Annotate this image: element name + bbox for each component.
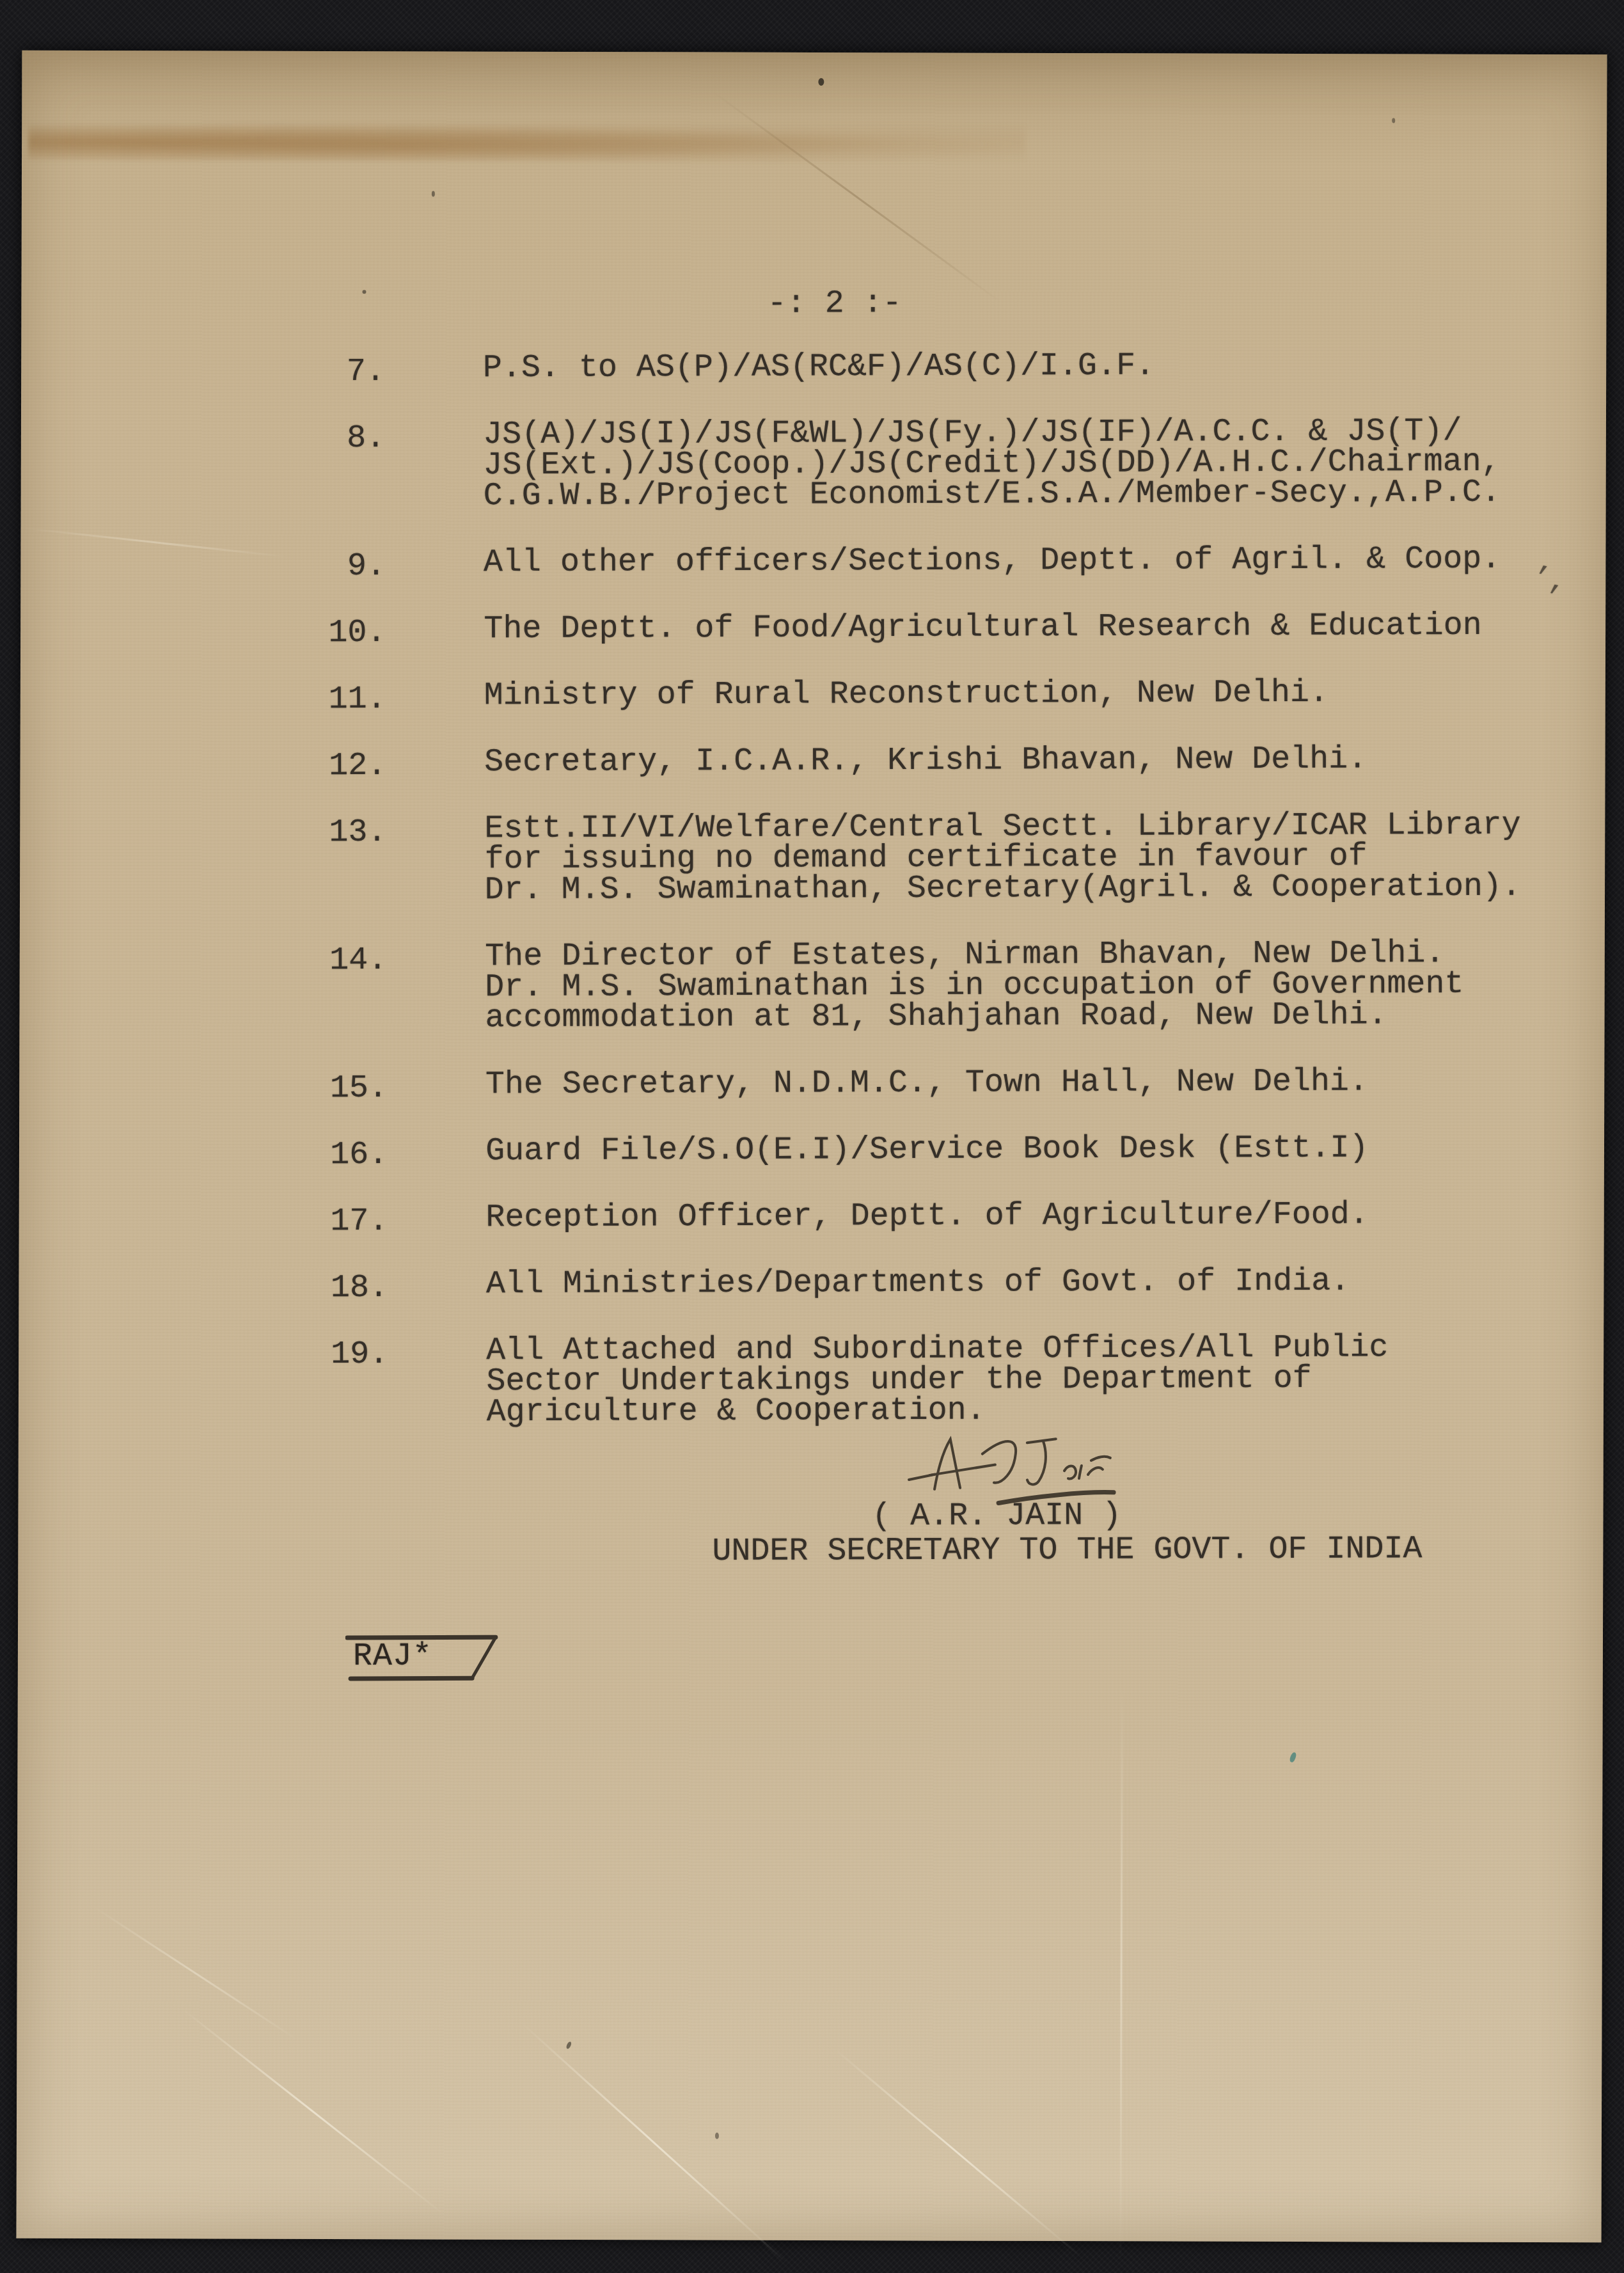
list-item-number: 17.: [22, 1203, 388, 1241]
list-item-text: The Director of Estates, Nirman Bhavan, …: [485, 938, 1575, 1034]
list-item: 9. All other officers/Sections, Deptt. o…: [20, 544, 1574, 580]
list-item-text: All other officers/Sections, Deptt. of A…: [484, 544, 1574, 578]
list-item-line: Reception Officer, Deptt. of Agriculture…: [485, 1199, 1576, 1233]
signatory-title: UNDER SECRETARY TO THE GOVT. OF INDIA: [712, 1531, 1422, 1570]
list-item-text: All Ministries/Departments of Govt. of I…: [486, 1265, 1577, 1300]
list-item-number: 9.: [20, 548, 386, 586]
list-item-number: 12.: [20, 748, 386, 786]
list-item: 10. The Deptt. of Food/Agricultural Rese…: [20, 610, 1574, 646]
distribution-list: 7. P.S. to AS(P)/AS(RC&F)/AS(C)/I.G.F. 8…: [19, 349, 1577, 1465]
list-item-line: All other officers/Sections, Deptt. of A…: [484, 544, 1574, 578]
list-item-line: The Deptt. of Food/Agricultural Research…: [484, 610, 1574, 645]
list-item-number: 11.: [20, 681, 386, 719]
list-item: 15. The Secretary, N.D.M.C., Town Hall, …: [22, 1066, 1576, 1102]
list-item-text: Ministry of Rural Reconstruction, New De…: [484, 677, 1575, 711]
document-page: -: 2 :- 7. P.S. to AS(P)/AS(RC&F)/AS(C)/…: [17, 51, 1607, 2242]
list-item: 17. Reception Officer, Deptt. of Agricul…: [22, 1199, 1576, 1235]
list-item-line: All Ministries/Departments of Govt. of I…: [486, 1265, 1577, 1300]
list-item-text: Estt.II/VI/Welfare/Central Sectt. Librar…: [484, 810, 1575, 906]
list-item-number: 14.: [21, 942, 387, 980]
list-item-line: Sector Undertakings under the Department…: [486, 1363, 1577, 1397]
list-item: 19. All Attached and Subordinate Offices…: [22, 1332, 1577, 1429]
list-item-text: Guard File/S.O(E.I)/Service Book Desk (E…: [485, 1132, 1576, 1167]
list-item: 14. The Director of Estates, Nirman Bhav…: [21, 938, 1575, 1035]
list-item-line: Ministry of Rural Reconstruction, New De…: [484, 677, 1575, 711]
list-item: 11. Ministry of Rural Reconstruction, Ne…: [20, 677, 1575, 713]
list-item-text: P.S. to AS(P)/AS(RC&F)/AS(C)/I.G.F.: [483, 349, 1573, 384]
stray-mark: ’,: [1530, 562, 1570, 600]
list-item-number: 19.: [22, 1336, 388, 1374]
list-item-line: Guard File/S.O(E.I)/Service Book Desk (E…: [485, 1132, 1576, 1167]
signatory-name: ( A.R. JAIN ): [872, 1498, 1121, 1535]
list-item-number: 7.: [19, 354, 385, 392]
list-item-number: 10.: [20, 615, 386, 653]
list-item-text: JS(A)/JS(I)/JS(F&WL)/JS(Fy.)/JS(IF)/A.C.…: [483, 416, 1573, 512]
list-item: 13. Estt.II/VI/Welfare/Central Sectt. Li…: [20, 810, 1575, 907]
typed-content: -: 2 :- 7. P.S. to AS(P)/AS(RC&F)/AS(C)/…: [18, 49, 1611, 2242]
list-item-line: The Secretary, N.D.M.C., Town Hall, New …: [485, 1066, 1576, 1100]
list-item: 18. All Ministries/Departments of Govt. …: [22, 1265, 1577, 1301]
list-item: 7. P.S. to AS(P)/AS(RC&F)/AS(C)/I.G.F.: [19, 349, 1573, 385]
list-item-line: P.S. to AS(P)/AS(RC&F)/AS(C)/I.G.F.: [483, 349, 1573, 384]
stamp-text: RAJ*: [353, 1638, 432, 1675]
list-item-line: C.G.W.B./Project Economist/E.S.A./Member…: [484, 477, 1574, 512]
list-item-number: 16.: [22, 1137, 388, 1175]
list-item-line: Secretary, I.C.A.R., Krishi Bhavan, New …: [484, 743, 1575, 778]
list-item-number: 15.: [22, 1070, 388, 1108]
scanned-document-photo: -: 2 :- 7. P.S. to AS(P)/AS(RC&F)/AS(C)/…: [0, 0, 1624, 2273]
list-item-text: Reception Officer, Deptt. of Agriculture…: [485, 1199, 1576, 1233]
list-item-number: 8.: [19, 420, 385, 458]
list-item: 12. Secretary, I.C.A.R., Krishi Bhavan, …: [20, 743, 1575, 779]
list-item: 8. JS(A)/JS(I)/JS(F&WL)/JS(Fy.)/JS(IF)/A…: [19, 416, 1573, 513]
page-number: -: 2 :-: [767, 285, 901, 322]
list-item-number: 13.: [20, 814, 386, 852]
list-item-line: Agriculture & Cooperation.: [487, 1393, 1577, 1428]
list-item-line: accommodation at 81, Shahjahan Road, New…: [485, 999, 1575, 1034]
raj-stamp: RAJ*: [345, 1633, 505, 1683]
list-item-text: All Attached and Subordinate Offices/All…: [486, 1332, 1577, 1428]
list-item: 16. Guard File/S.O(E.I)/Service Book Des…: [22, 1132, 1576, 1168]
list-item-number: 18.: [22, 1270, 388, 1308]
list-item-text: The Deptt. of Food/Agricultural Research…: [484, 610, 1574, 645]
list-item-line: Dr. M.S. Swaminathan, Secretary(Agril. &…: [485, 871, 1575, 906]
list-item-text: Secretary, I.C.A.R., Krishi Bhavan, New …: [484, 743, 1575, 778]
list-item-text: The Secretary, N.D.M.C., Town Hall, New …: [485, 1066, 1576, 1100]
